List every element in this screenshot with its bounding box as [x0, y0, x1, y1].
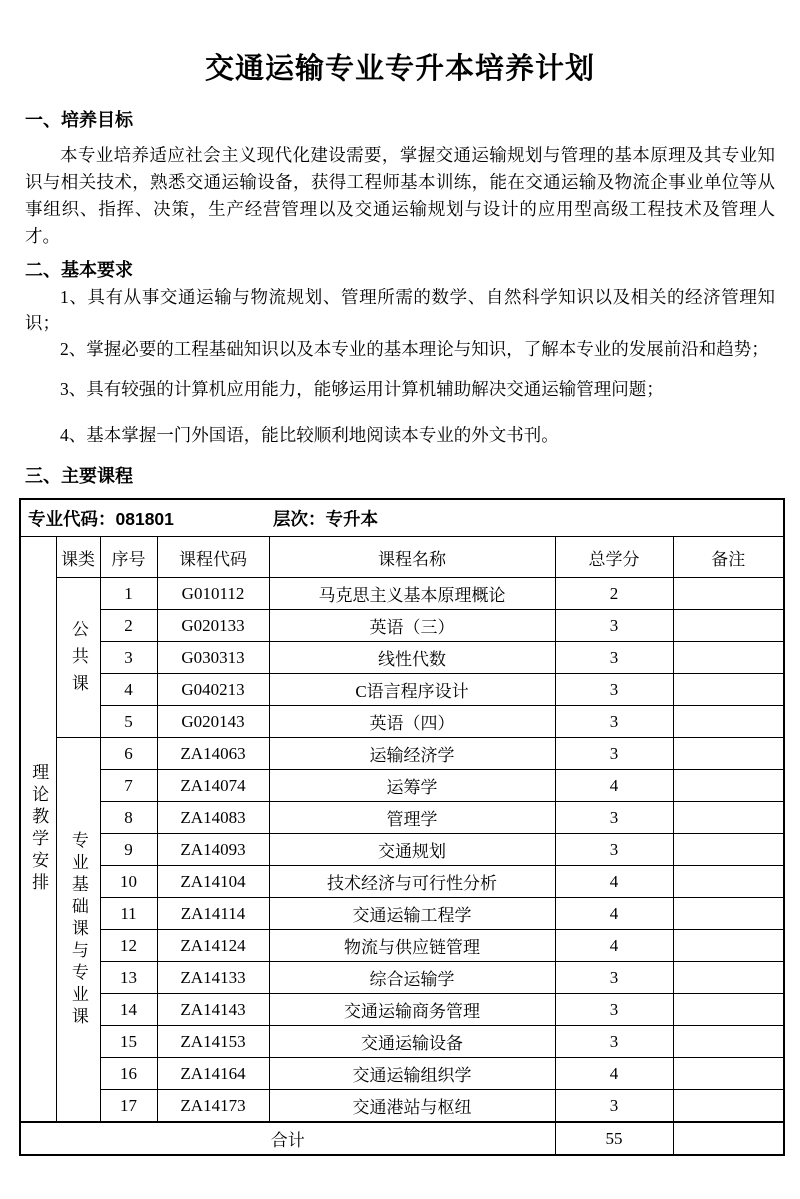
- total-note: [673, 1122, 784, 1155]
- course-note: [673, 674, 784, 706]
- courses-table-body: 专业代码：081801层次：专升本理论教学安排课类序号课程代码课程名称总学分备注…: [20, 499, 784, 1155]
- course-name: 马克思主义基本原理概论: [269, 578, 555, 610]
- course-name: 运输经济学: [269, 738, 555, 770]
- course-code: ZA14133: [157, 962, 269, 994]
- column-header-6: 备注: [673, 537, 784, 578]
- course-code: ZA14164: [157, 1058, 269, 1090]
- course-credits: 3: [555, 802, 673, 834]
- course-code: ZA14093: [157, 834, 269, 866]
- course-name: 管理学: [269, 802, 555, 834]
- course-no: 1: [100, 578, 157, 610]
- table-row: 12ZA14124物流与供应链管理4: [20, 930, 784, 962]
- column-header-5: 总学分: [555, 537, 673, 578]
- course-name: 英语（三）: [269, 610, 555, 642]
- category-cell-public: 公共课: [56, 578, 100, 738]
- course-no: 17: [100, 1090, 157, 1123]
- table-row: 14ZA14143交通运输商务管理3: [20, 994, 784, 1026]
- table-header-row: 理论教学安排课类序号课程代码课程名称总学分备注: [20, 537, 784, 578]
- table-row: 17ZA14173交通港站与枢纽3: [20, 1090, 784, 1123]
- course-credits: 2: [555, 578, 673, 610]
- table-row: 16ZA14164交通运输组织学4: [20, 1058, 784, 1090]
- course-no: 6: [100, 738, 157, 770]
- course-no: 10: [100, 866, 157, 898]
- table-row: 11ZA14114交通运输工程学4: [20, 898, 784, 930]
- course-credits: 3: [555, 1090, 673, 1123]
- course-name: 交通规划: [269, 834, 555, 866]
- course-no: 8: [100, 802, 157, 834]
- table-row: 13ZA14133综合运输学3: [20, 962, 784, 994]
- section-heading-courses: 三、主要课程: [25, 464, 775, 488]
- course-no: 3: [100, 642, 157, 674]
- course-no: 7: [100, 770, 157, 802]
- requirement-item-4: 4、基本掌握一门外国语，能比较顺利地阅读本专业的外文书刊。: [25, 422, 775, 448]
- course-name: 交通运输设备: [269, 1026, 555, 1058]
- table-row: 专业基础课与专业课6ZA14063运输经济学3: [20, 738, 784, 770]
- table-meta-cell: 专业代码：081801层次：专升本: [20, 499, 784, 537]
- total-label: 合计: [20, 1122, 555, 1155]
- course-code: G030313: [157, 642, 269, 674]
- course-note: [673, 930, 784, 962]
- course-name: 英语（四）: [269, 706, 555, 738]
- requirement-item-3: 3、具有较强的计算机应用能力，能够运用计算机辅助解决交通运输管理问题；: [25, 376, 775, 402]
- course-note: [673, 994, 784, 1026]
- course-name: 技术经济与可行性分析: [269, 866, 555, 898]
- course-code: G040213: [157, 674, 269, 706]
- table-total-row: 合计55: [20, 1122, 784, 1155]
- course-note: [673, 802, 784, 834]
- course-code: ZA14083: [157, 802, 269, 834]
- course-code: ZA14124: [157, 930, 269, 962]
- level: 层次：专升本: [273, 509, 378, 529]
- section-heading-requirements: 二、基本要求: [25, 258, 775, 282]
- course-note: [673, 706, 784, 738]
- course-credits: 3: [555, 962, 673, 994]
- table-row: 3G030313线性代数3: [20, 642, 784, 674]
- course-note: [673, 1090, 784, 1123]
- course-no: 4: [100, 674, 157, 706]
- table-row: 8ZA14083管理学3: [20, 802, 784, 834]
- column-header-2: 序号: [100, 537, 157, 578]
- table-row: 7ZA14074运筹学4: [20, 770, 784, 802]
- category-cell-public-label: 公共课: [69, 620, 87, 701]
- course-name: 线性代数: [269, 642, 555, 674]
- course-credits: 4: [555, 1058, 673, 1090]
- table-row: 2G020133英语（三）3: [20, 610, 784, 642]
- course-name: C语言程序设计: [269, 674, 555, 706]
- course-code: G010112: [157, 578, 269, 610]
- document-page: 交通运输专业专升本培养计划 一、培养目标 本专业培养适应社会主义现代化建设需要，…: [0, 0, 800, 1199]
- course-name: 交通运输工程学: [269, 898, 555, 930]
- course-note: [673, 962, 784, 994]
- table-row: 10ZA14104技术经济与可行性分析4: [20, 866, 784, 898]
- total-credits: 55: [555, 1122, 673, 1155]
- course-no: 2: [100, 610, 157, 642]
- course-code: ZA14074: [157, 770, 269, 802]
- course-code: ZA14173: [157, 1090, 269, 1123]
- course-note: [673, 770, 784, 802]
- course-code: ZA14143: [157, 994, 269, 1026]
- course-no: 5: [100, 706, 157, 738]
- course-credits: 4: [555, 930, 673, 962]
- course-name: 物流与供应链管理: [269, 930, 555, 962]
- page-title: 交通运输专业专升本培养计划: [25, 50, 775, 88]
- course-code: G020143: [157, 706, 269, 738]
- course-code: G020133: [157, 610, 269, 642]
- section-heading-goal: 一、培养目标: [25, 108, 775, 132]
- course-note: [673, 610, 784, 642]
- row-group-cell: 理论教学安排: [20, 537, 56, 1123]
- course-code: ZA14063: [157, 738, 269, 770]
- course-credits: 4: [555, 866, 673, 898]
- table-row: 15ZA14153交通运输设备3: [20, 1026, 784, 1058]
- requirement-item-1: 1、具有从事交通运输与物流规划、管理所需的数学、自然科学知识以及相关的经济管理知…: [25, 284, 775, 336]
- course-credits: 3: [555, 674, 673, 706]
- course-no: 14: [100, 994, 157, 1026]
- column-header-4: 课程名称: [269, 537, 555, 578]
- column-header-1: 课类: [56, 537, 100, 578]
- course-name: 交通运输商务管理: [269, 994, 555, 1026]
- course-credits: 3: [555, 642, 673, 674]
- course-note: [673, 642, 784, 674]
- course-note: [673, 1026, 784, 1058]
- category-cell-major-label: 专业基础课与专业课: [69, 831, 87, 1029]
- course-no: 16: [100, 1058, 157, 1090]
- course-code: ZA14153: [157, 1026, 269, 1058]
- course-note: [673, 866, 784, 898]
- major-code: 专业代码：081801: [28, 506, 273, 531]
- table-row: 4G040213C语言程序设计3: [20, 674, 784, 706]
- requirement-item-2: 2、掌握必要的工程基础知识以及本专业的基本理论与知识，了解本专业的发展前沿和趋势…: [25, 336, 775, 362]
- course-no: 9: [100, 834, 157, 866]
- course-credits: 3: [555, 1026, 673, 1058]
- course-name: 交通运输组织学: [269, 1058, 555, 1090]
- goal-paragraph: 本专业培养适应社会主义现代化建设需要，掌握交通运输规划与管理的基本原理及其专业知…: [25, 142, 775, 250]
- course-credits: 4: [555, 898, 673, 930]
- course-note: [673, 834, 784, 866]
- course-note: [673, 1058, 784, 1090]
- course-credits: 3: [555, 706, 673, 738]
- course-credits: 3: [555, 610, 673, 642]
- course-no: 11: [100, 898, 157, 930]
- course-code: ZA14114: [157, 898, 269, 930]
- table-meta-row: 专业代码：081801层次：专升本: [20, 499, 784, 537]
- course-note: [673, 898, 784, 930]
- category-cell-major: 专业基础课与专业课: [56, 738, 100, 1123]
- course-credits: 3: [555, 738, 673, 770]
- column-header-3: 课程代码: [157, 537, 269, 578]
- row-group-cell-label: 理论教学安排: [29, 763, 47, 895]
- course-name: 运筹学: [269, 770, 555, 802]
- table-row: 9ZA14093交通规划3: [20, 834, 784, 866]
- course-no: 12: [100, 930, 157, 962]
- table-row: 5G020143英语（四）3: [20, 706, 784, 738]
- course-credits: 3: [555, 994, 673, 1026]
- courses-table: 专业代码：081801层次：专升本理论教学安排课类序号课程代码课程名称总学分备注…: [19, 498, 785, 1156]
- course-no: 15: [100, 1026, 157, 1058]
- course-name: 交通港站与枢纽: [269, 1090, 555, 1123]
- course-name: 综合运输学: [269, 962, 555, 994]
- course-code: ZA14104: [157, 866, 269, 898]
- course-credits: 4: [555, 770, 673, 802]
- table-row: 公共课1G010112马克思主义基本原理概论2: [20, 578, 784, 610]
- course-credits: 3: [555, 834, 673, 866]
- course-note: [673, 578, 784, 610]
- course-note: [673, 738, 784, 770]
- course-no: 13: [100, 962, 157, 994]
